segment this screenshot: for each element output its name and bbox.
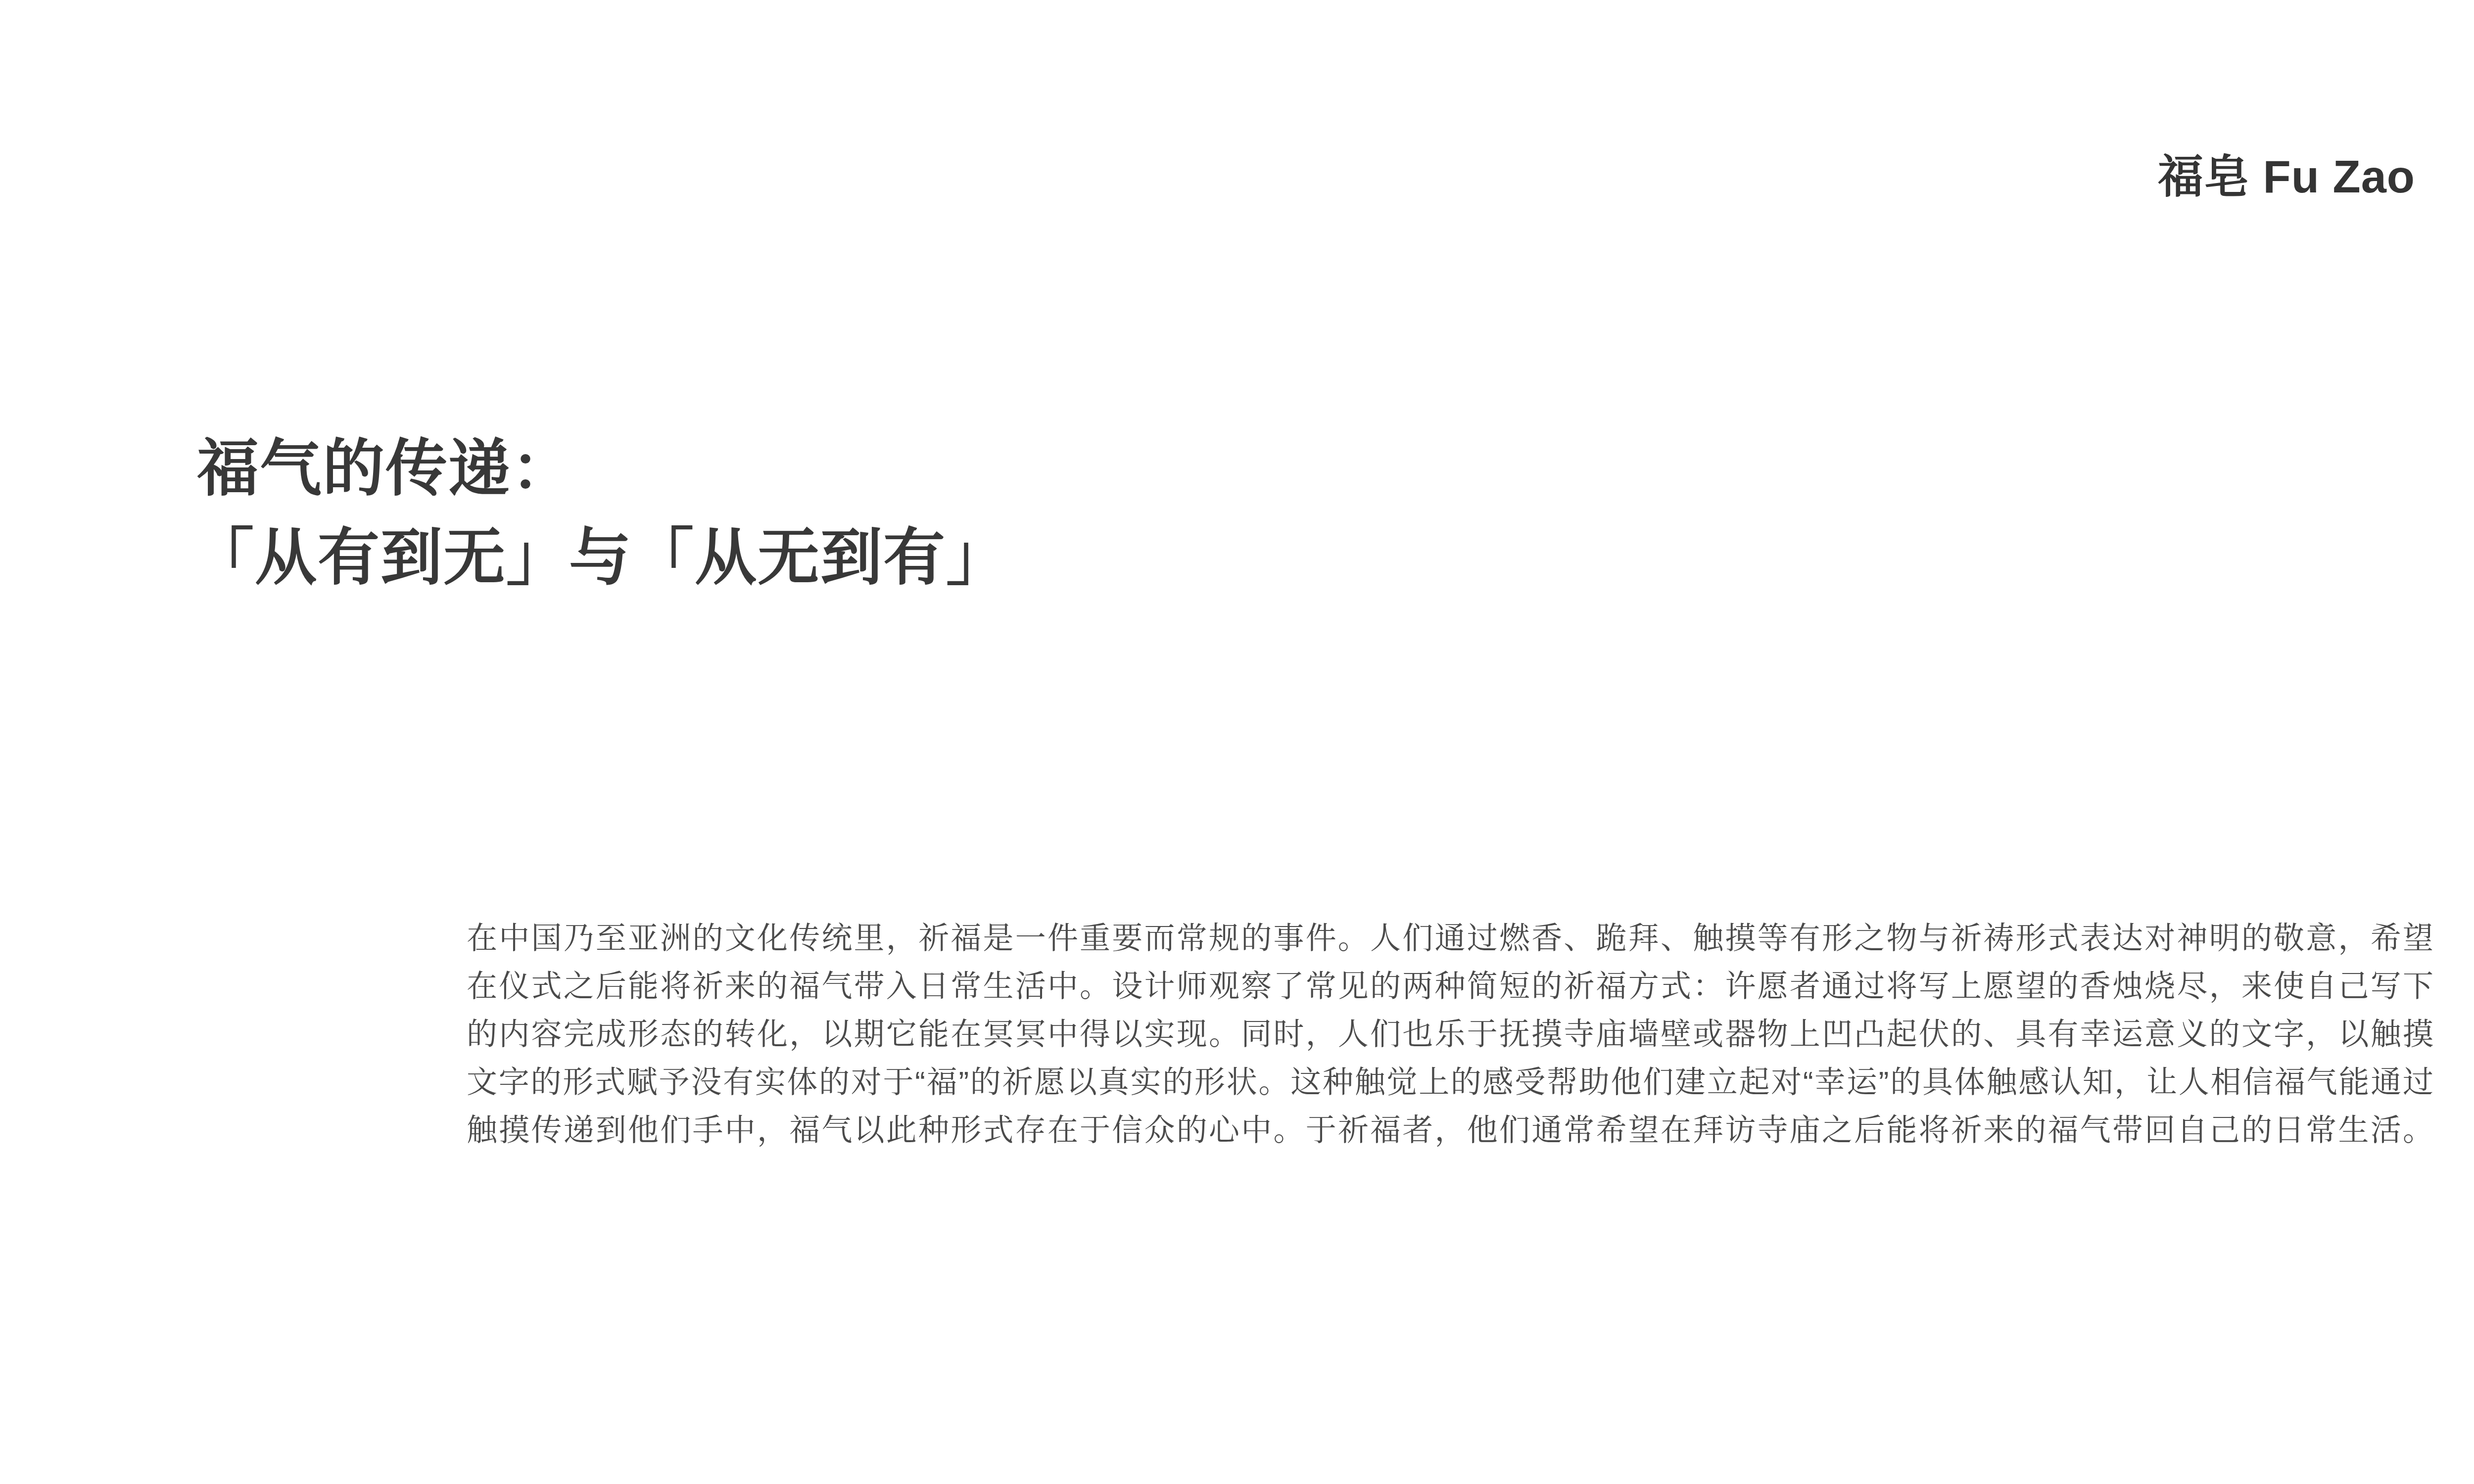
body-paragraph: 在中国乃至亚洲的文化传统里，祈福是一件重要而常规的事件。人们通过燃香、跪拜、触摸… <box>467 915 2433 1155</box>
brand-logo-text: 福皂 Fu Zao <box>2158 151 2415 204</box>
page-title-line-2: 「从有到无」与「从无到有」 <box>192 513 1009 603</box>
page-title-line-1: 福气的传递： <box>192 424 1009 513</box>
slide: 福皂 Fu Zao 福气的传递： 「从有到无」与「从无到有」 在中国乃至亚洲的文… <box>0 0 2474 1484</box>
page-title: 福气的传递： 「从有到无」与「从无到有」 <box>192 424 1009 603</box>
